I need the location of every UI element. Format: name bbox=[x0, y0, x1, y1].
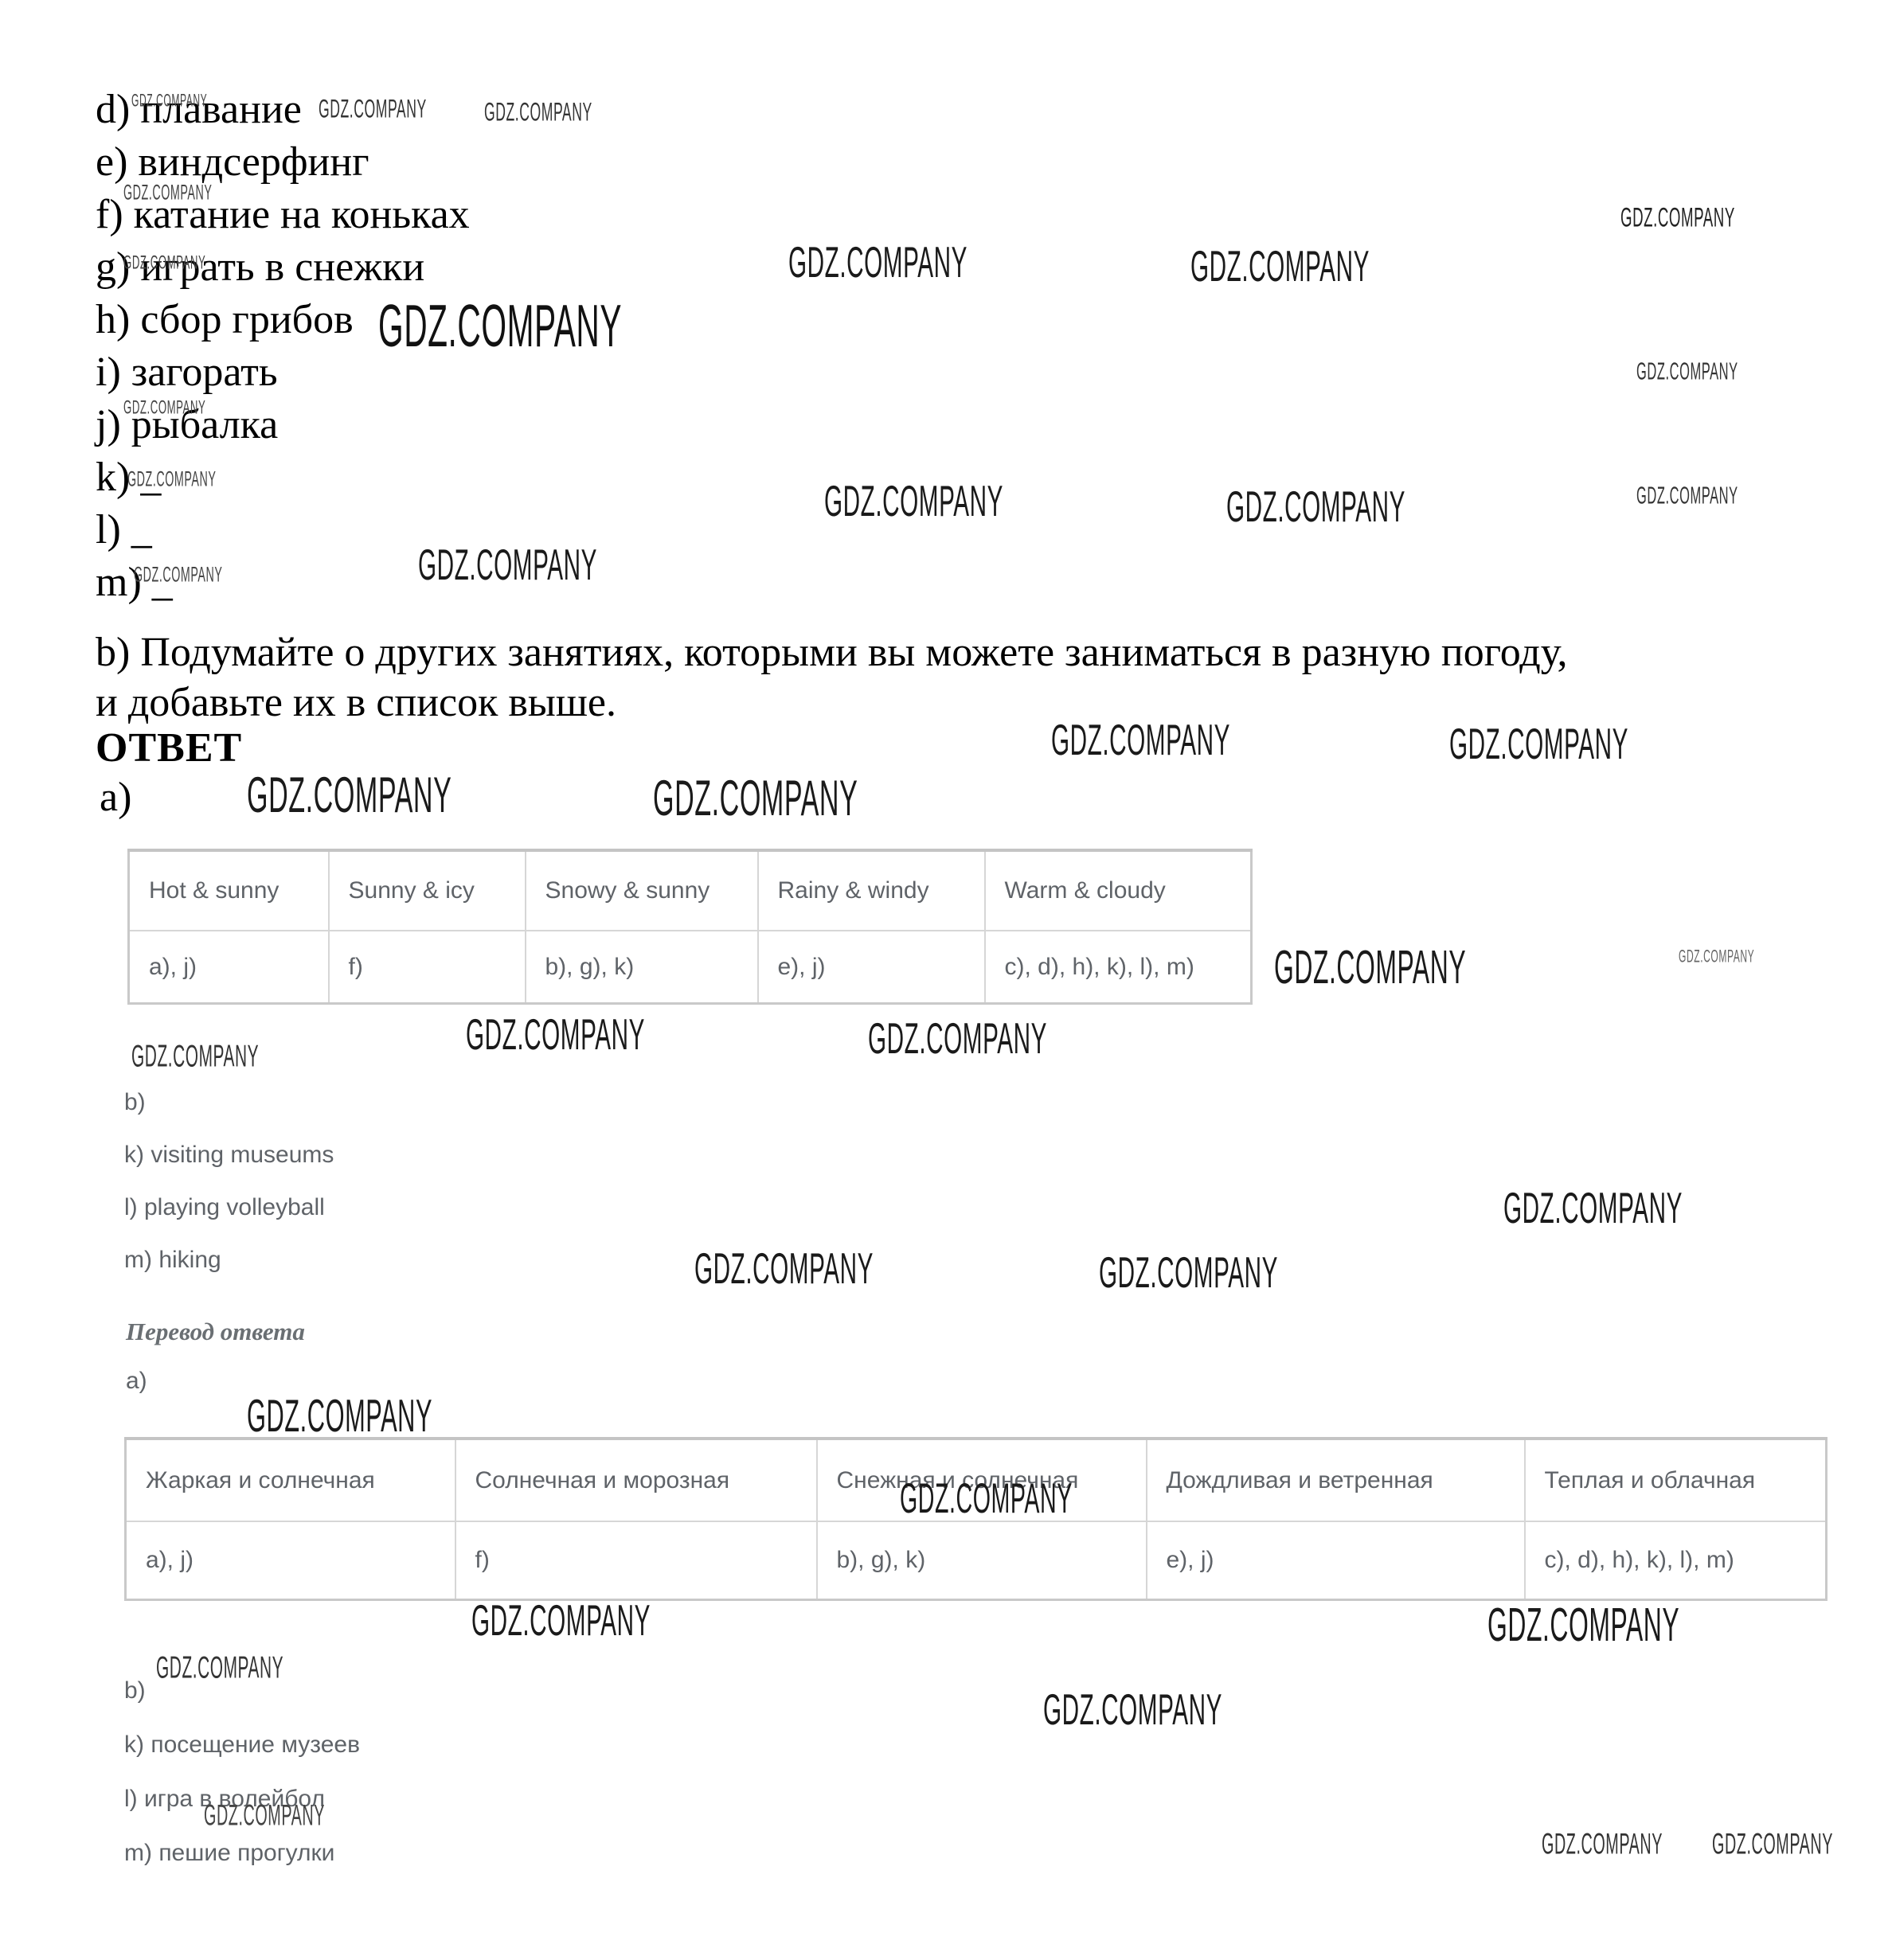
answer-part-b-label: b) bbox=[124, 1076, 334, 1129]
list-item: l) _ bbox=[96, 504, 470, 556]
watermark: GDZ.COMPANY bbox=[1099, 1251, 1278, 1294]
watermark: GDZ.COMPANY bbox=[1503, 1186, 1683, 1230]
table-header-cell: Warm & cloudy bbox=[985, 850, 1252, 931]
watermark: GDZ.COMPANY bbox=[471, 1599, 651, 1642]
watermark: GDZ.COMPANY bbox=[131, 92, 207, 109]
watermark: GDZ.COMPANY bbox=[824, 479, 1003, 523]
watermark: GDZ.COMPANY bbox=[247, 771, 451, 821]
watermark: GDZ.COMPANY bbox=[1542, 1829, 1663, 1859]
watermark: GDZ.COMPANY bbox=[131, 1041, 259, 1072]
table-cell: a), j) bbox=[126, 1521, 455, 1600]
table-cell: b), g), k) bbox=[817, 1521, 1147, 1600]
watermark: GDZ.COMPANY bbox=[1043, 1688, 1222, 1732]
watermark: GDZ.COMPANY bbox=[900, 1478, 1073, 1520]
watermark: GDZ.COMPANY bbox=[123, 253, 205, 272]
watermark: GDZ.COMPANY bbox=[868, 1017, 1047, 1060]
watermark: GDZ.COMPANY bbox=[1679, 947, 1754, 965]
watermark: GDZ.COMPANY bbox=[788, 240, 967, 284]
table-cell: f) bbox=[455, 1521, 817, 1600]
watermark: GDZ.COMPANY bbox=[319, 96, 427, 122]
table-cell: a), j) bbox=[129, 931, 329, 1004]
watermark: GDZ.COMPANY bbox=[1190, 244, 1370, 288]
watermark: GDZ.COMPANY bbox=[156, 1653, 283, 1684]
watermark: GDZ.COMPANY bbox=[127, 468, 216, 490]
list-item: m) hiking bbox=[124, 1234, 334, 1286]
watermark: GDZ.COMPANY bbox=[694, 1247, 874, 1290]
watermark: GDZ.COMPANY bbox=[653, 774, 858, 824]
table-row: a), j) f) b), g), k) e), j) c), d), h), … bbox=[129, 931, 1252, 1004]
table-header-cell: Sunny & icy bbox=[329, 850, 526, 931]
table-cell: e), j) bbox=[1147, 1521, 1525, 1600]
table-header-cell: Snowy & sunny bbox=[526, 850, 758, 931]
watermark: GDZ.COMPANY bbox=[1712, 1829, 1833, 1859]
document-page: { "watermark": { "text": "GDZ.COMPANY" }… bbox=[0, 0, 1892, 1960]
watermark: GDZ.COMPANY bbox=[1487, 1602, 1679, 1649]
translation-part-b-list-ru: b) k) посещение музеев l) игра в волейбо… bbox=[124, 1664, 360, 1880]
list-item: k) visiting museums bbox=[124, 1129, 334, 1181]
watermark: GDZ.COMPANY bbox=[1449, 722, 1628, 766]
translation-heading: Перевод ответа bbox=[126, 1318, 305, 1346]
table-header-cell: Hot & sunny bbox=[129, 850, 329, 931]
table-header-cell: Дождливая и ветренная bbox=[1147, 1439, 1525, 1521]
watermark: GDZ.COMPANY bbox=[204, 1801, 325, 1830]
watermark: GDZ.COMPANY bbox=[1636, 360, 1738, 385]
watermark: GDZ.COMPANY bbox=[247, 1393, 432, 1439]
watermark: GDZ.COMPANY bbox=[1274, 944, 1466, 991]
watermark: GDZ.COMPANY bbox=[1636, 484, 1738, 509]
watermark: GDZ.COMPANY bbox=[484, 99, 592, 125]
translation-part-a-label: a) bbox=[126, 1368, 147, 1395]
table-header-row: Hot & sunny Sunny & icy Snowy & sunny Ra… bbox=[129, 850, 1252, 931]
weather-answer-table-en: Hot & sunny Sunny & icy Snowy & sunny Ra… bbox=[127, 849, 1253, 1005]
watermark: GDZ.COMPANY bbox=[123, 398, 205, 417]
watermark: GDZ.COMPANY bbox=[1620, 204, 1735, 232]
watermark: GDZ.COMPANY bbox=[1226, 485, 1405, 529]
table-cell: c), d), h), k), l), m) bbox=[985, 931, 1252, 1004]
list-item: m) пешие прогулки bbox=[124, 1826, 360, 1880]
table-cell: b), g), k) bbox=[526, 931, 758, 1004]
answer-part-a-label: a) bbox=[100, 774, 131, 821]
table-header-cell: Солнечная и морозная bbox=[455, 1439, 817, 1521]
table-cell: c), d), h), k), l), m) bbox=[1525, 1521, 1827, 1600]
watermark: GDZ.COMPANY bbox=[1051, 718, 1230, 762]
table-header-cell: Rainy & windy bbox=[758, 850, 985, 931]
watermark: GDZ.COMPANY bbox=[123, 182, 212, 203]
table-header-cell: Теплая и облачная bbox=[1525, 1439, 1827, 1521]
list-item: k) посещение музеев bbox=[124, 1718, 360, 1772]
exercise-part-b-prompt: b) Подумайте о других занятиях, которыми… bbox=[96, 627, 1879, 728]
watermark: GDZ.COMPANY bbox=[134, 564, 222, 585]
table-header-cell: Жаркая и солнечная bbox=[126, 1439, 455, 1521]
list-item: l) playing volleyball bbox=[124, 1181, 334, 1234]
answer-part-b-list-en: b) k) visiting museums l) playing volley… bbox=[124, 1076, 334, 1286]
table-cell: f) bbox=[329, 931, 526, 1004]
table-cell: e), j) bbox=[758, 931, 985, 1004]
watermark: GDZ.COMPANY bbox=[418, 543, 597, 587]
answer-heading: ОТВЕТ bbox=[96, 724, 242, 771]
table-row: a), j) f) b), g), k) e), j) c), d), h), … bbox=[126, 1521, 1827, 1600]
watermark: GDZ.COMPANY bbox=[378, 296, 622, 356]
watermark: GDZ.COMPANY bbox=[466, 1013, 645, 1056]
